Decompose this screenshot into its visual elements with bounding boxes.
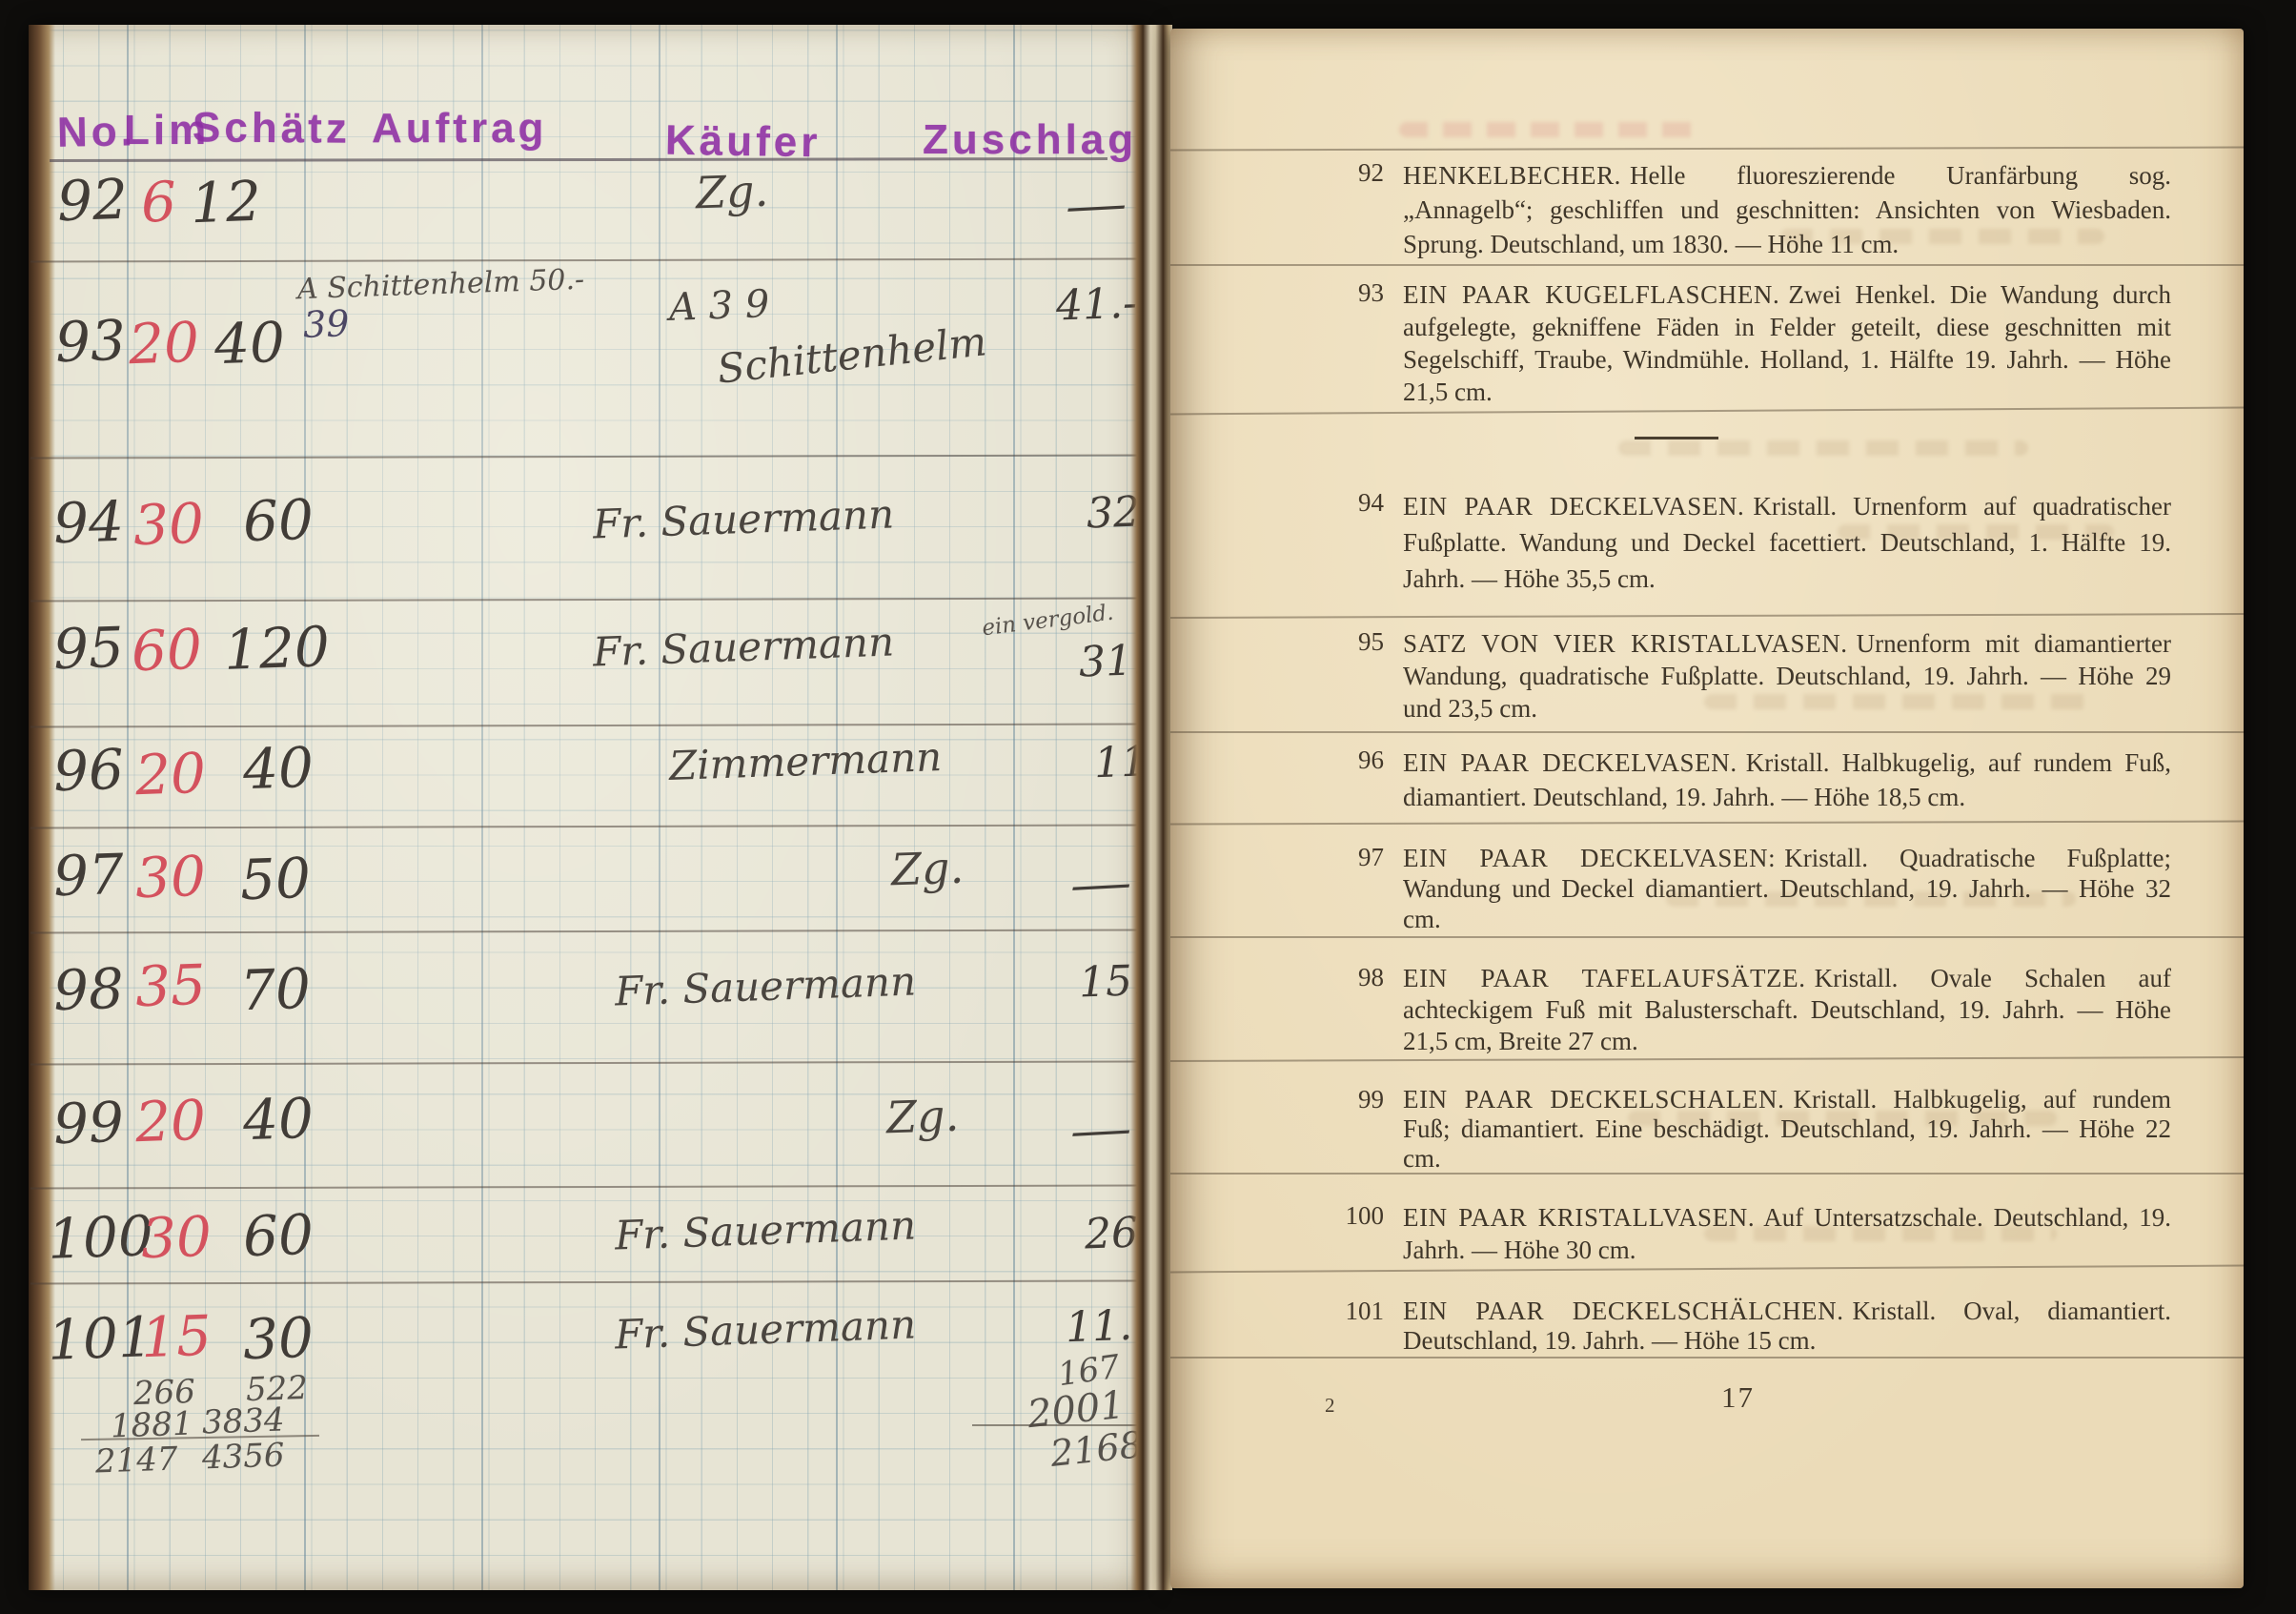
lot-title: HENKELBECHER. [1403,161,1621,190]
lot-title: EIN PAAR KRISTALLVASEN. [1403,1203,1755,1232]
lot-title: EIN PAAR KUGELFLASCHEN. [1403,280,1779,309]
ledger-row-schaetz: 40 [213,310,286,378]
row-separator [30,1060,1144,1065]
pencil-rule [1170,147,2244,152]
row-separator [30,257,1144,262]
row-separator [30,597,1144,602]
pencil-rule [1170,264,2244,266]
ledger-row-no: 99 [52,1090,125,1157]
column-header-schaetz: Schätz [193,104,351,153]
ledger-row-schaetz: 40 [242,1086,315,1154]
total-lim-sum: 2147 [94,1440,178,1481]
ledger-row-lim: 20 [128,310,200,378]
lot-number: 93 [1292,278,1384,308]
ledger-row-lim: 60 [131,617,203,684]
ledger-row-schaetz: 40 [242,735,315,803]
ledger-row-zuschlag: — [1068,854,1133,912]
lot-title: EIN PAAR DECKELSCHÄLCHEN. [1403,1297,1844,1325]
ledger-row-no: 97 [52,842,125,909]
page-number: 17 [1721,1380,1755,1415]
lot-number: 100 [1292,1201,1384,1231]
ledger-row-schaetz: 60 [242,1202,315,1270]
ledger-row-kaeufer2: Schittenhelm [715,317,988,392]
ink-bleed [1399,122,1704,137]
ledger-row-kaeufer: Zg. [885,1090,960,1144]
ink-bleed [1618,440,2028,456]
row-separator [30,723,1144,727]
pencil-rule [1170,936,2244,938]
ledger-row-lim: 35 [134,952,207,1020]
signature-mark: 2 [1325,1394,1335,1418]
ledger-row-no: 92 [56,167,129,235]
ledger-row-zuschlag: 11. [1065,1301,1133,1352]
lot-title: EIN PAAR DECKELVASEN. [1403,748,1737,777]
ledger-row-schaetz: 60 [242,487,315,555]
pencil-rule [1170,821,2244,826]
lot-number: 94 [1292,488,1384,518]
lot-title: SATZ VON VIER KRISTALLVASEN. [1403,629,1848,658]
total-schaetz-sum: 4356 [201,1437,285,1478]
ledger-row-no: 96 [52,737,125,805]
ledger-row-lim: 15 [140,1303,213,1371]
ledger-row-schaetz: 30 [242,1305,315,1373]
lot-number: 98 [1292,963,1384,992]
ledger-row-lim: 20 [134,1088,207,1155]
ledger-row-kaeufer: Fr. Sauermann [614,957,917,1014]
row-separator [30,1279,1144,1284]
pencil-rule [1170,731,2244,733]
ledger-row-zuschlag: 41.- [1055,279,1138,331]
pencil-rule [1170,1357,2244,1359]
row-separator [30,454,1144,459]
lot-number: 99 [1292,1085,1384,1114]
lot-number: 101 [1292,1297,1384,1326]
ledger-row-kaeufer: Fr. Sauermann [614,1300,917,1358]
ledger-row-schaetz: 12 [190,169,262,236]
ledger-page: No. Lim Schätz Auftrag Käufer Zuschlag 9… [29,25,1151,1590]
ledger-row-lim: 30 [140,1204,213,1272]
row-separator [30,824,1144,828]
ledger-row-kaeufer: Fr. Sauermann [592,490,895,547]
ledger-row-no: 94 [52,489,125,557]
ledger-row-kaeufer: Zimmermann [668,733,943,789]
section-divider [1635,437,1718,439]
auftrag-note: A Schittenhelm 50.- [296,263,584,306]
schaetz-note: 39 [302,302,350,346]
lot-number: 97 [1292,843,1384,872]
ledger-row-kaeufer: Zg. [695,165,769,219]
book-scan: No. Lim Schätz Auftrag Käufer Zuschlag 9… [0,0,2296,1614]
lot-title: EIN PAAR DECKELVASEN. [1403,492,1744,521]
ledger-row-zuschlag: — [1068,1100,1133,1158]
ledger-row-schaetz: 70 [239,956,312,1024]
ledger-row-zuschlag: — [1064,175,1128,234]
ledger-row-kaeufer: Zg. [890,842,965,896]
lot-number: 95 [1292,627,1384,657]
lot-title: EIN PAAR DECKELVASEN: [1403,844,1776,872]
lot-number: 96 [1292,746,1384,775]
ledger-row-kaeufer: A 3 9 [668,282,770,330]
ledger-row-no: 101 [47,1304,154,1373]
ledger-row-kaeufer: Fr. Sauermann [592,618,895,675]
row-separator [30,929,1144,933]
lot-title: EIN PAAR TAFELAUFSÄTZE. [1403,964,1806,992]
zuschlag-note: ein vergold. [981,601,1115,642]
ledger-row-lim: 6 [140,169,177,235]
ledger-row-schaetz: 120 [223,614,331,683]
ledger-row-lim: 20 [134,741,207,808]
row-separator [30,1184,1144,1189]
book-gutter [1130,25,1172,1590]
column-header-auftrag: Auftrag [372,105,547,153]
ledger-row-no: 95 [52,615,125,683]
ledger-row-lim: 30 [132,491,205,559]
lot-title: EIN PAAR DECKELSCHALEN. [1403,1085,1784,1113]
pencil-rule [1170,613,2244,619]
lot-number: 92 [1292,158,1384,188]
ledger-row-kaeufer: Fr. Sauermann [614,1201,917,1258]
ledger-row-lim: 30 [134,844,207,911]
ledger-row-no: 100 [47,1203,154,1272]
ledger-row-schaetz: 50 [239,846,312,913]
catalog-page: 92 HENKELBECHER.Helle fluoreszierende Ur… [1170,29,2244,1588]
ledger-row-no: 98 [52,956,125,1024]
ledger-row-no: 93 [54,308,127,376]
